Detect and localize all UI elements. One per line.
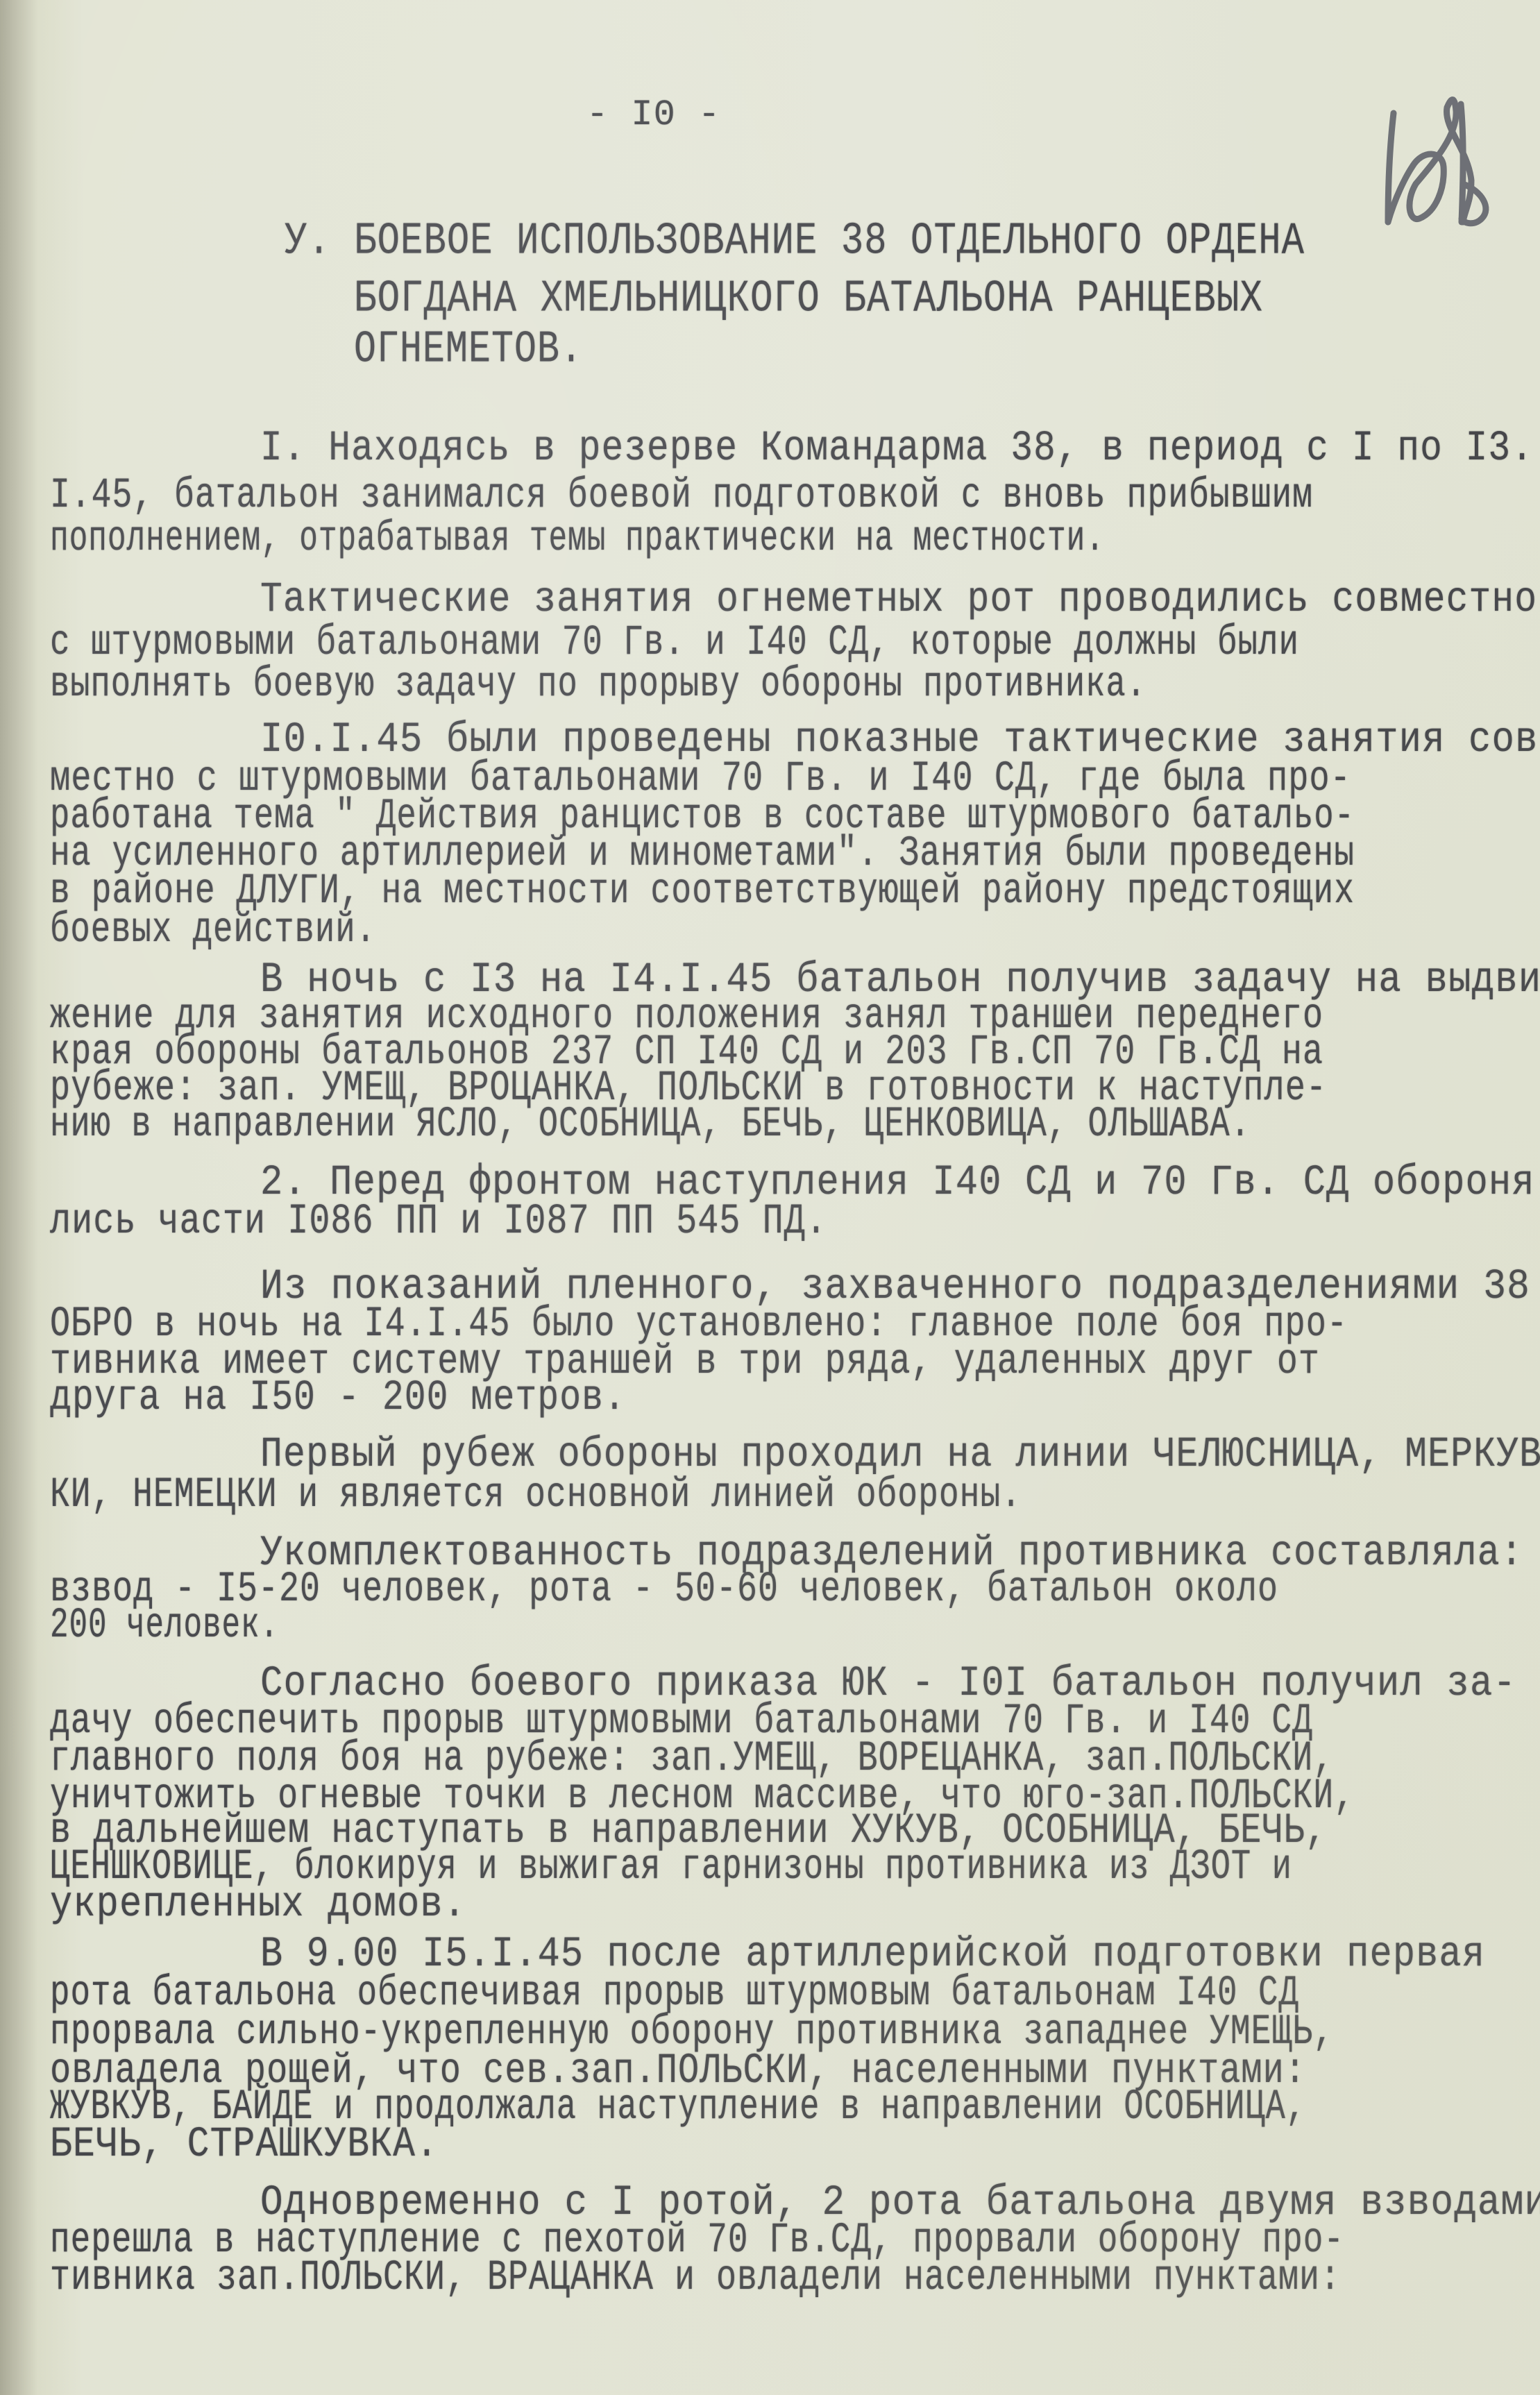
text-line: пополнением, отрабатывая темы практическ… xyxy=(50,518,1105,560)
text-line: Тактические занятия огнеметных рот прово… xyxy=(260,579,1537,621)
handwritten-sheet-number: 108 xyxy=(1339,80,1506,239)
typed-page-number: - I0 - xyxy=(586,97,720,133)
text-line: нию в направлении ЯСЛО, ОСОБНИЦА, БЕЧЬ, … xyxy=(50,1103,1251,1146)
heading-line: ОГНЕМЕТОВ. xyxy=(354,328,583,373)
text-line: боевых действий. xyxy=(50,909,376,951)
text-line: 200 человек. xyxy=(50,1605,279,1647)
text-line: с штурмовыми батальонами 70 Гв. и I40 СД… xyxy=(50,622,1299,664)
text-line: лись части I086 ПП и I087 ПП 545 ПД. xyxy=(50,1201,827,1243)
heading-line: У. БОЕВОЕ ИСПОЛЬЗОВАНИЕ 38 ОТДЕЛЬНОГО ОР… xyxy=(285,219,1305,264)
text-line: укрепленных домов. xyxy=(50,1884,466,1926)
heading-line: БОГДАНА ХМЕЛЬНИЦКОГО БАТАЛЬОНА РАНЦЕВЫХ xyxy=(354,277,1263,322)
text-line: тивника зап.ПОЛЬСКИ, ВРАЦАНКА и овладели… xyxy=(50,2257,1341,2299)
text-line: БЕЧЬ, СТРАШКУВКА. xyxy=(50,2124,439,2166)
text-line: друга на I50 - 200 метров. xyxy=(50,1377,626,1419)
text-line: I.45, батальон занимался боевой подготов… xyxy=(50,475,1313,517)
text-line: КИ, НЕМЕЦКИ и является основной линией о… xyxy=(50,1474,1022,1516)
document-page: - I0 - 108 У. БОЕВОЕ ИСПОЛЬЗОВАНИЕ 38 ОТ… xyxy=(0,0,1540,2395)
text-line: выполнять боевую задачу по прорыву оборо… xyxy=(50,663,1146,706)
text-line: I. Находясь в резерве Командарма 38, в п… xyxy=(260,428,1534,470)
